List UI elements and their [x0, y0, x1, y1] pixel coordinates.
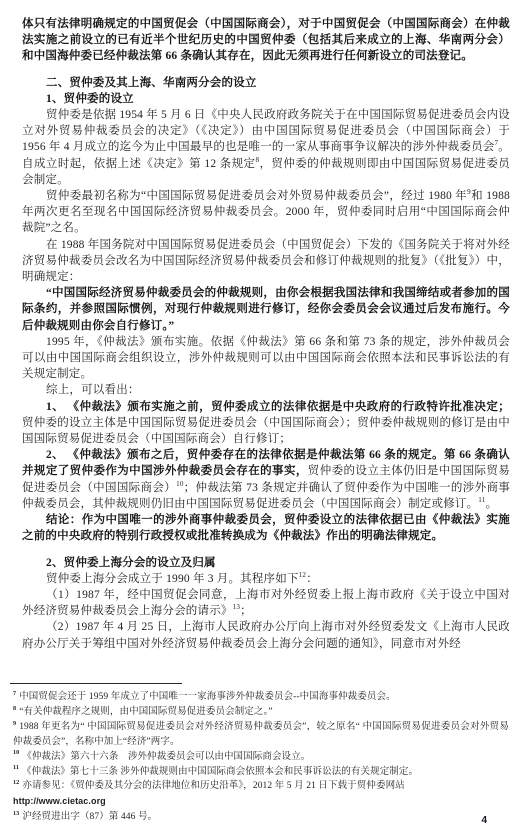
paragraph-spacer	[22, 65, 510, 75]
paragraph-summary-lead: 综上，可以看出：	[22, 382, 510, 398]
text-run: 2、贸仲委上海分会的设立及归属	[46, 557, 216, 569]
continued-paragraph: 体只有法律明确规定的中国贸促会（中国国际商会），对于中国贸促会（中国国际商会）在…	[22, 16, 510, 65]
footnote-number: 10	[13, 750, 19, 756]
paragraph-step-1: （1）1987 年，经中国贸促会同意，上海市对外经贸委上报上海市政府《关于设立中…	[22, 587, 510, 619]
text-run: 。	[486, 498, 498, 510]
sub-heading-1: 1、贸仲委的设立	[22, 91, 510, 107]
text-run: 贸仲委的设立主体是中国国际贸易促进委员会（中国国际商会）；贸仲委仲裁规则的修订是…	[22, 417, 510, 445]
text-run: （1）1987 年，经中国贸促会同意，上海市对外经贸委上报上海市政府《关于设立中…	[22, 589, 510, 617]
footnotes-section: 7中国贸促会还于 1959 年成立了中国唯一一家海事涉外仲裁委员会--中国海事仲…	[13, 683, 509, 825]
paragraph-1995-law: 1995 年，《仲裁法》颁布实施。依据《仲裁法》第 66 条和第 73 条的规定…	[22, 334, 510, 383]
text-run: ：	[306, 573, 318, 585]
footnote-ref-11: 11	[478, 496, 485, 504]
text-run: ；	[240, 605, 252, 617]
footnote-number: 13	[13, 811, 19, 817]
text-run: “中国国际经济贸易仲裁委员会的仲裁规则，由你会根据我国法律和我国缔结或者参加的国…	[22, 287, 510, 331]
footnote-8: 8“有关仲裁程序之规则，由中国国际贸易促进委员会制定之。”	[13, 705, 509, 720]
text-run: 贸仲委是依据 1954 年 5 月 6 日《中央人民政府政务院关于在中国国际贸易…	[22, 109, 510, 153]
page-number: 4	[481, 815, 487, 826]
section-heading: 二、贸仲委及其上海、华南两分会的设立	[22, 75, 510, 91]
text-run: 在 1988 年国务院对中国国际贸易促进委员会（中国贸促会）下发的《国务院关于将…	[22, 239, 510, 283]
document-page: 体只有法律明确规定的中国贸促会（中国国际商会），对于中国贸促会（中国国际商会）在…	[0, 0, 515, 838]
document-body: 体只有法律明确规定的中国贸促会（中国国际商会），对于中国贸促会（中国国际商会）在…	[22, 16, 510, 680]
footnote-number: 8	[13, 706, 16, 712]
paragraph-renaming: 贸仲委最初名称为“中国国际贸易促进委员会对外贸易仲裁委员会”，经过 1980 年…	[22, 188, 510, 237]
text-run: 《仲裁法》第七十三条 涉外仲裁规则由中国国际商会依照本会和民事诉讼法的有关规定制…	[22, 767, 418, 777]
text-run: 《仲裁法》第六十六条 涉外仲裁委员会可以由中国国际商会设立。	[22, 752, 310, 762]
paragraph-shanghai-founded: 贸仲委上海分会成立于 1990 年 3 月。其程序如下12：	[22, 571, 510, 587]
paragraph-point-1: 1、 《仲裁法》颁布实施之前，贸仲委成立的法律依据是中央政府的行政特许批准决定；…	[22, 399, 510, 448]
text-run: 1、贸仲委的设立	[46, 93, 134, 105]
footnote-7: 7中国贸促会还于 1959 年成立了中国唯一一家海事涉外仲裁委员会--中国海事仲…	[13, 690, 509, 705]
footnote-12: 12亦请参见：《贸仲委及其分会的法律地位和历史沿革》，2012 年 5 月 21…	[13, 779, 509, 810]
footnote-number: 9	[13, 721, 16, 727]
footnote-number: 12	[13, 780, 19, 786]
text-run: 二、贸仲委及其上海、华南两分会的设立	[46, 77, 257, 89]
footnote-9: 91988 年更名为“ 中国国际贸易促进委员会对外经济贸易仲裁委员会”，较之原名…	[13, 720, 509, 750]
paragraph-step-2: （2）1987 年 4 月 25 日，上海市人民政府办公厅向上海市对外经贸委发文…	[22, 619, 510, 651]
text-run: 体只有法律明确规定的中国贸促会（中国国际商会），对于中国贸促会（中国国际商会）在…	[22, 18, 510, 62]
paragraph-point-2: 2、 《仲裁法》颁布之后，贸仲委存在的法律依据是仲裁法第 66 条的规定。第 6…	[22, 447, 510, 512]
text-run: （2）1987 年 4 月 25 日，上海市人民政府办公厅向上海市对外经贸委发文…	[22, 621, 510, 649]
text-run: “有关仲裁程序之规则，由中国国际贸易促进委员会制定之。”	[19, 707, 272, 717]
text-run: 亦请参见：《贸仲委及其分会的法律地位和历史沿革》，2012 年 5 月 21 日…	[22, 781, 404, 791]
footnote-ref-10: 10	[176, 480, 184, 488]
text-run: 贸仲委上海分会成立于 1990 年 3 月。其程序如下	[46, 573, 299, 585]
paragraph-quote: “中国国际经济贸易仲裁委员会的仲裁规则，由你会根据我国法律和我国缔结或者参加的国…	[22, 285, 510, 334]
footnote-list: 7中国贸促会还于 1959 年成立了中国唯一一家海事涉外仲裁委员会--中国海事仲…	[13, 690, 509, 825]
footnote-url-link[interactable]: http://www.cietac.org	[13, 796, 106, 806]
sub-heading-2: 2、贸仲委上海分会的设立及归属	[22, 555, 510, 571]
text-run: 综上，可以看出：	[46, 384, 140, 396]
footnote-ref-13: 13	[233, 603, 241, 611]
text-run: 贸仲委最初名称为“中国国际贸易促进委员会对外贸易仲裁委员会”，经过 1980 年	[46, 190, 467, 202]
text-run: 1995 年，《仲裁法》颁布实施。依据《仲裁法》第 66 条和第 73 条的规定…	[22, 336, 510, 380]
text-run: 结论：作为中国唯一的涉外商事仲裁委员会，贸仲委设立的法律依据已由《仲裁法》实施之…	[22, 514, 510, 542]
paragraph-spacer	[22, 545, 510, 555]
footnote-divider	[10, 683, 182, 684]
paragraph-founding: 贸仲委是依据 1954 年 5 月 6 日《中央人民政府政务院关于在中国国际贸易…	[22, 107, 510, 188]
text-run: 沪经贸进出字（87）第 446 号。	[22, 812, 157, 822]
footnote-number: 11	[13, 765, 19, 771]
footnote-number: 7	[13, 691, 16, 697]
footnote-13: 13沪经贸进出字（87）第 446 号。	[13, 810, 509, 825]
text-run: 中国贸促会还于 1959 年成立了中国唯一一家海事涉外仲裁委员会--中国海事仲裁…	[19, 692, 395, 702]
paragraph-1988-reply: 在 1988 年国务院对中国国际贸易促进委员会（中国贸促会）下发的《国务院关于将…	[22, 237, 510, 286]
text-run: 1、 《仲裁法》颁布实施之前，贸仲委成立的法律依据是中央政府的行政特许批准决定；	[46, 401, 510, 413]
footnote-11: 11《仲裁法》第七十三条 涉外仲裁规则由中国国际商会依照本会和民事诉讼法的有关规…	[13, 765, 509, 780]
text-run: 1988 年更名为“ 中国国际贸易促进委员会对外经济贸易仲裁委员会”，较之原名“…	[13, 722, 509, 747]
footnote-10: 10《仲裁法》第六十六条 涉外仲裁委员会可以由中国国际商会设立。	[13, 750, 509, 765]
paragraph-conclusion: 结论：作为中国唯一的涉外商事仲裁委员会，贸仲委设立的法律依据已由《仲裁法》实施之…	[22, 512, 510, 544]
